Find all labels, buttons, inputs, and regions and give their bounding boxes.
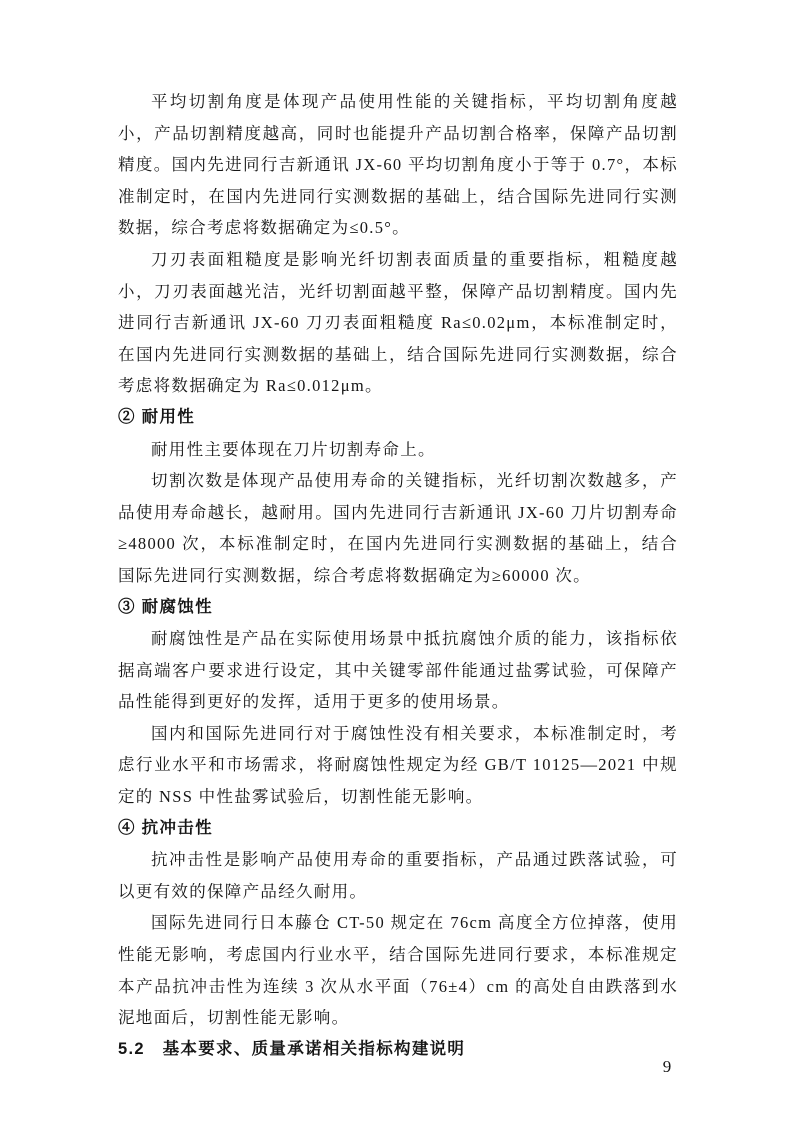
page-number: 9 <box>652 1057 682 1077</box>
document-body: 平均切割角度是体现产品使用性能的关键指标，平均切割角度越小，产品切割精度越高，同… <box>118 86 678 1065</box>
body-paragraph: 国内和国际先进同行对于腐蚀性没有相关要求，本标准制定时，考虑行业水平和市场需求，… <box>118 718 678 813</box>
body-paragraph: 耐用性主要体现在刀片切割寿命上。 <box>118 434 678 466</box>
body-paragraph: 抗冲击性是影响产品使用寿命的重要指标，产品通过跌落试验，可以更有效的保障产品经久… <box>118 844 678 907</box>
section-heading: 5.2 基本要求、质量承诺相关指标构建说明 <box>118 1034 678 1066</box>
document-page: 平均切割角度是体现产品使用性能的关键指标，平均切割角度越小，产品切割精度越高，同… <box>0 0 794 1123</box>
list-heading: ③ 耐腐蚀性 <box>118 592 678 624</box>
body-paragraph: 平均切割角度是体现产品使用性能的关键指标，平均切割角度越小，产品切割精度越高，同… <box>118 86 678 244</box>
body-paragraph: 国际先进同行日本藤仓 CT-50 规定在 76cm 高度全方位掉落，使用性能无影… <box>118 907 678 1033</box>
body-paragraph: 耐腐蚀性是产品在实际使用场景中抵抗腐蚀介质的能力，该指标依据高端客户要求进行设定… <box>118 623 678 718</box>
body-paragraph: 切割次数是体现产品使用寿命的关键指标，光纤切割次数越多，产品使用寿命越长，越耐用… <box>118 465 678 591</box>
body-paragraph: 刀刃表面粗糙度是影响光纤切割表面质量的重要指标，粗糙度越小，刀刃表面越光洁，光纤… <box>118 244 678 402</box>
list-heading: ④ 抗冲击性 <box>118 813 678 845</box>
list-heading: ② 耐用性 <box>118 402 678 434</box>
